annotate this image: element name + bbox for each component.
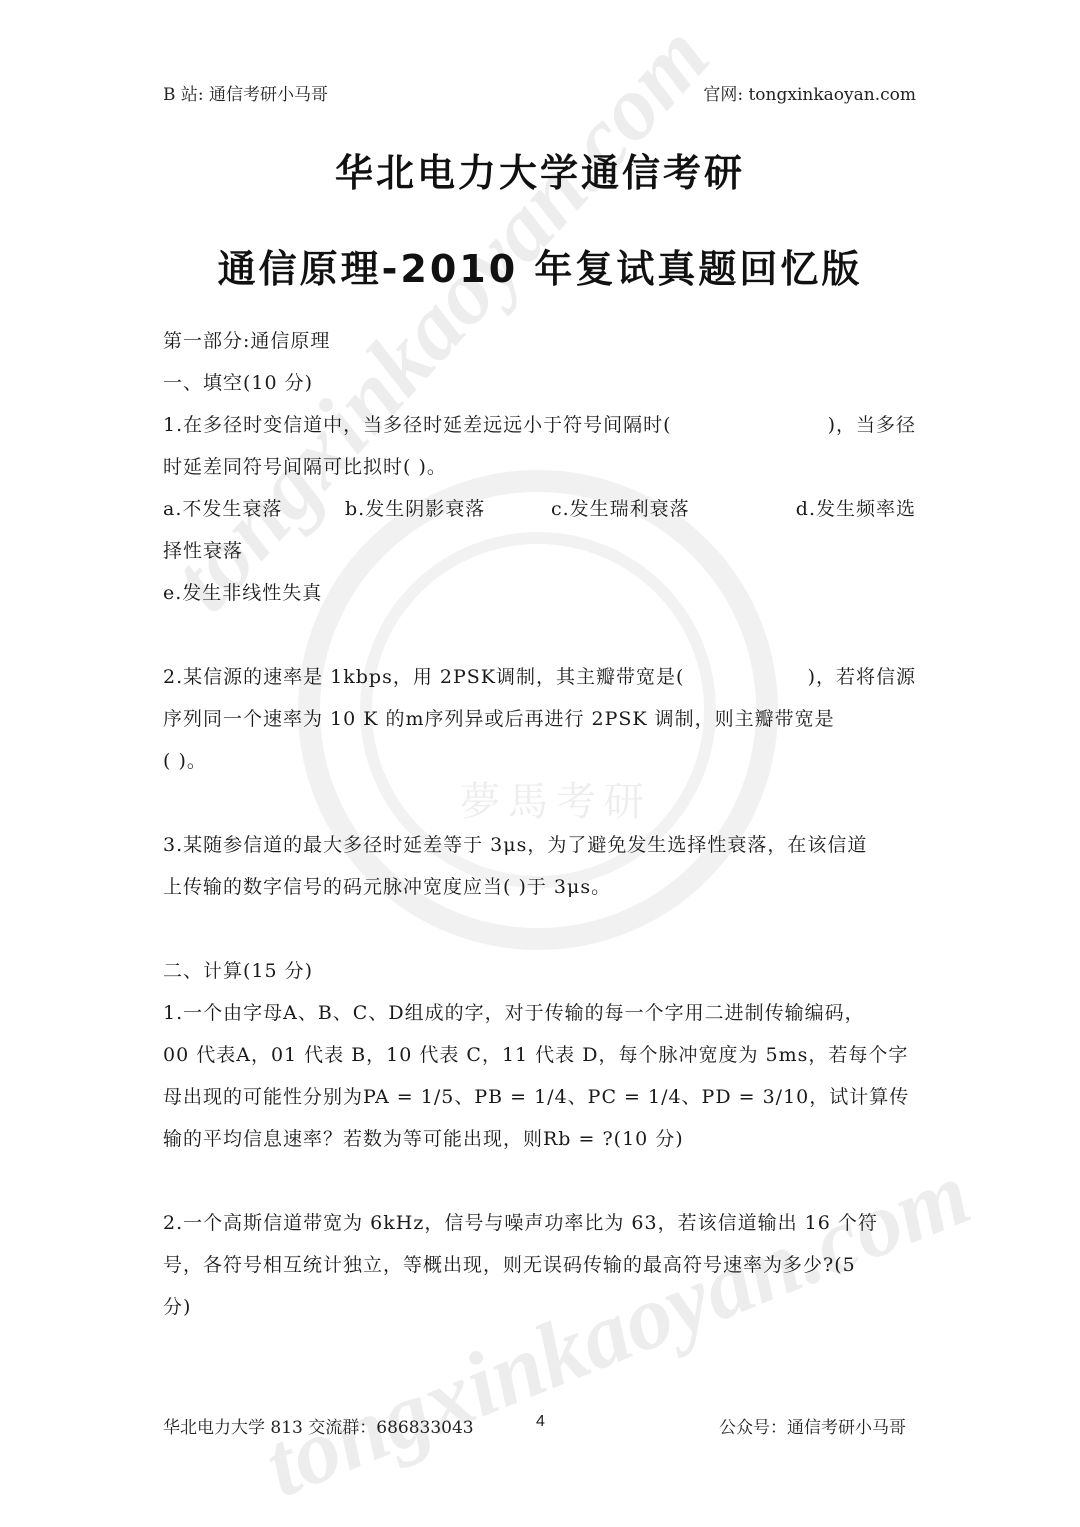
calc-q1-line4: 输的平均信息速率？若数为等可能出现，则Rb = ?(10 分) [163, 1118, 916, 1160]
calc-q2-line2: 号，各符号相互统计独立，等概出现，则无误码传输的最高符号速率为多少?(5 [163, 1244, 916, 1286]
footer-left: 华北电力大学 813 交流群：686833043 [163, 1413, 474, 1438]
option-e: e.发生非线性失真 [163, 572, 916, 614]
spacer [163, 614, 916, 656]
option-c: c.发生瑞利衰落 [551, 488, 690, 530]
title-school: 华北电力大学通信考研 [0, 142, 1080, 197]
section2-heading: 二、计算(15 分) [163, 950, 916, 992]
calc-q1-line3: 母出现的可能性分别为PA = 1/5、PB = 1/4、PC = 1/4、PD … [163, 1076, 916, 1118]
part-heading: 第一部分:通信原理 [163, 320, 916, 362]
document-body: 第一部分:通信原理 一、填空(10 分) 1.在多径时变信道中，当多径时延差远远… [163, 320, 916, 1328]
option-d-cont: 择性衰落 [163, 530, 916, 572]
calc-q2-line1: 2.一个高斯信道带宽为 6kHz，信号与噪声功率比为 63，若该信道输出 16 … [163, 1202, 916, 1244]
calc-q1-line2: 00 代表A，01 代表 B，10 代表 C，11 代表 D，每个脉冲宽度为 5… [163, 1034, 916, 1076]
footer-right: 公众号：通信考研小马哥 [719, 1413, 906, 1438]
q3-line1: 3.某随参信道的最大多径时延差等于 3μs，为了避免发生选择性衰落，在该信道 [163, 824, 916, 866]
q1-options: a.不发生衰落 b.发生阴影衰落 c.发生瑞利衰落 d.发生频率选 [163, 488, 916, 530]
title-exam: 通信原理-2010 年复试真题回忆版 [0, 238, 1080, 293]
q2-line2: 序列同一个速率为 10 K 的m序列异或后再进行 2PSK 调制，则主瓣带宽是 [163, 698, 916, 740]
q1-line1: 1.在多径时变信道中，当多径时延差远远小于符号间隔时( )，当多径 [163, 404, 916, 446]
q3-line2: 上传输的数字信号的码元脉冲宽度应当( )于 3μs。 [163, 866, 916, 908]
option-b: b.发生阴影衰落 [345, 488, 485, 530]
header-left: B 站: 通信考研小马哥 [163, 80, 328, 105]
spacer [163, 908, 916, 950]
q2-line1: 2.某信源的速率是 1kbps，用 2PSK调制，其主瓣带宽是( )，若将信源 [163, 656, 916, 698]
q2-line3: ( )。 [163, 740, 916, 782]
spacer [163, 782, 916, 824]
option-d: d.发生频率选 [796, 488, 916, 530]
header-right: 官网: tongxinkaoyan.com [703, 80, 916, 105]
page-number: 4 [536, 1413, 545, 1431]
q1-line2: 时延差同符号间隔可比拟时( )。 [163, 446, 916, 488]
calc-q2-line3: 分) [163, 1286, 916, 1328]
option-a: a.不发生衰落 [163, 488, 282, 530]
spacer [163, 1160, 916, 1202]
calc-q1-line1: 1.一个由字母A、B、C、D组成的字，对于传输的每一个字用二进制传输编码， [163, 992, 916, 1034]
section1-heading: 一、填空(10 分) [163, 362, 916, 404]
